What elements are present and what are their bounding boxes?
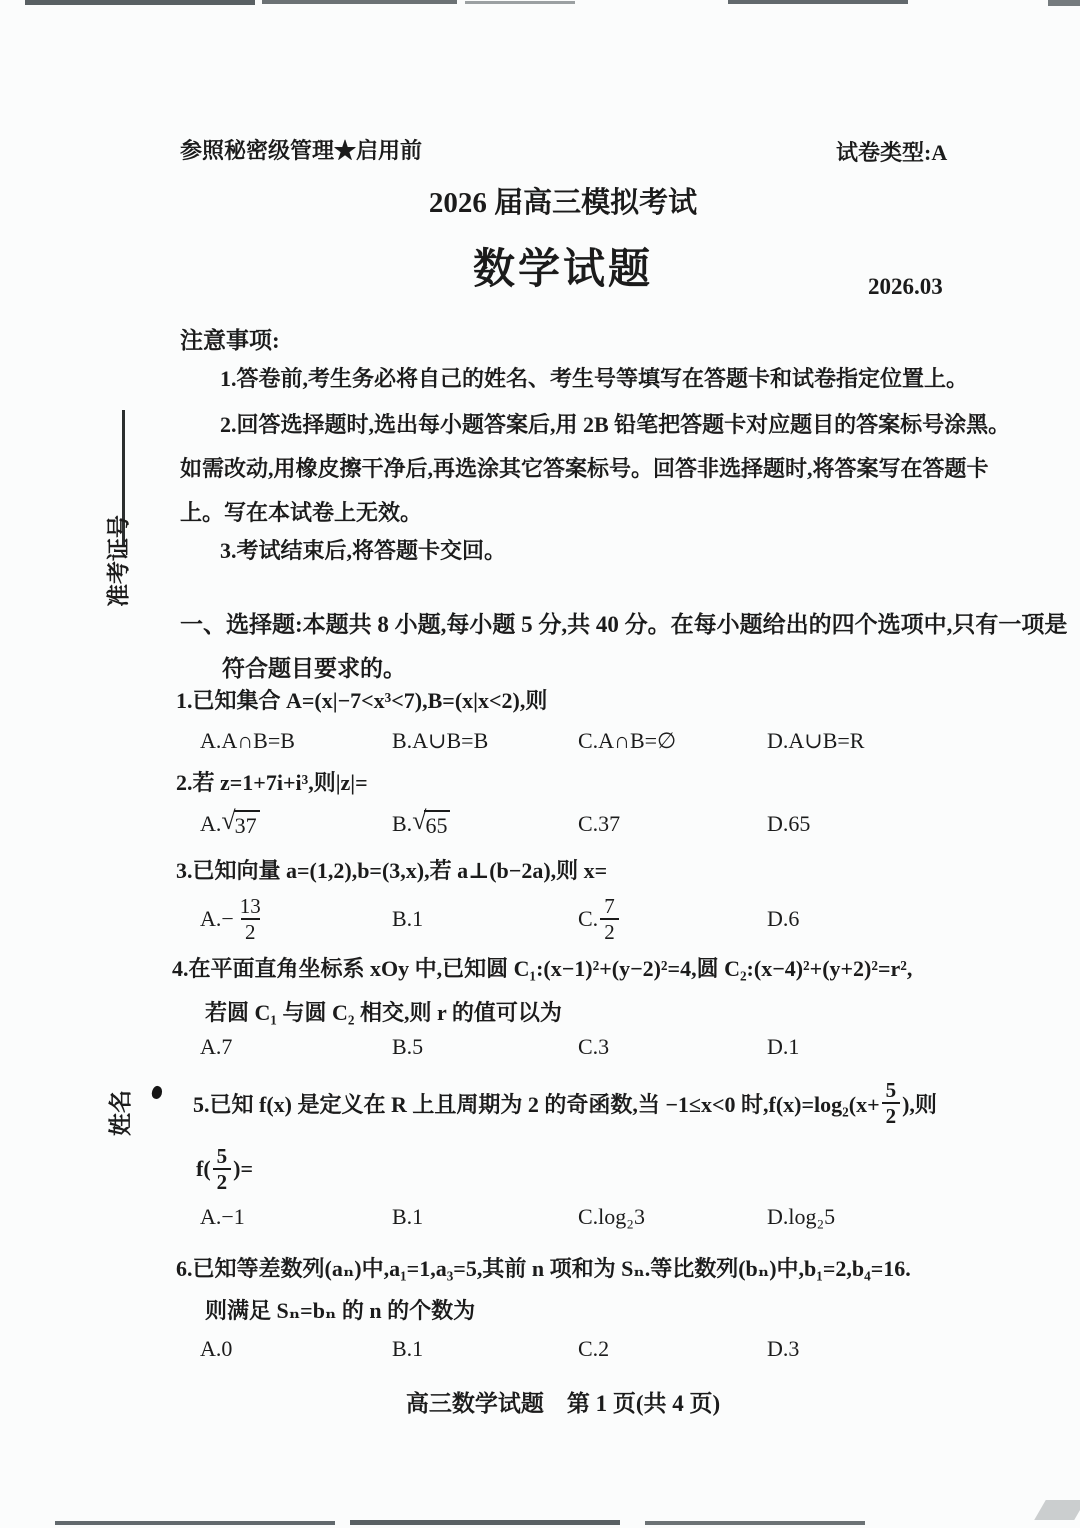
scan-artifact-dot: [150, 1085, 164, 1100]
section-1-heading-line-1: 一、选择题:本题共 8 小题,每小题 5 分,共 40 分。在每小题给出的四个选…: [180, 606, 1067, 639]
radical-sign-icon: √: [412, 808, 426, 834]
name-field-label: 姓名: [105, 1083, 131, 1143]
question-1-option-d: D.A∪B=R: [767, 728, 864, 754]
question-6-option-b: B.1: [392, 1336, 578, 1362]
paper-type-label: 试卷类型:A: [836, 136, 947, 167]
sqrt-radical: √ 37: [221, 810, 259, 837]
question-1-option-a: A.A∩B=B: [200, 728, 392, 754]
question-1-options: A.A∩B=B B.A∪B=B C.A∩B=∅ D.A∪B=R: [200, 728, 980, 754]
sqrt-radical: √ 65: [412, 810, 450, 837]
classification-banner: 参照秘密级管理★启用前: [180, 134, 422, 165]
option-b-label: B.: [392, 811, 412, 837]
question-5-option-d: D.log₂5: [767, 1204, 835, 1230]
question-4-options: A.7 B.5 C.3 D.1: [200, 1034, 980, 1060]
fraction-denominator: 2: [213, 1168, 232, 1193]
question-3-option-d: D.6: [767, 906, 799, 932]
question-2-option-d: D.65: [767, 811, 810, 837]
scan-artifact-bottom-3: [645, 1521, 865, 1525]
question-4-stem-line-1: 4.在平面直角坐标系 xOy 中,已知圆 C₁:(x−1)²+(y−2)²=4,…: [172, 952, 912, 983]
question-5-option-a: A.−1: [200, 1204, 392, 1230]
question-3-option-c: C. 7 2: [578, 895, 767, 943]
option-c-label: C.: [578, 906, 598, 932]
scan-artifact-top-2: [262, 0, 457, 4]
radicand: 65: [424, 810, 450, 837]
question-6-stem-line-1: 6.已知等差数列(aₙ)中,a₁=1,a₃=5,其前 n 项和为 Sₙ.等比数列…: [176, 1252, 911, 1283]
scan-artifact-top-5: [1048, 0, 1080, 6]
question-5-stem-post: ),则: [902, 1088, 937, 1119]
scan-artifact-bottom-2: [350, 1520, 620, 1525]
expression-pre: f(: [196, 1156, 211, 1182]
fraction: 5 2: [882, 1079, 901, 1127]
question-5-option-c: C.log₂3: [578, 1204, 767, 1230]
fraction-numerator: 7: [600, 895, 619, 918]
question-6-option-d: D.3: [767, 1336, 799, 1362]
section-1-heading-line-2: 符合题目要求的。: [222, 650, 406, 683]
option-a-label: A.−: [200, 906, 234, 932]
question-2-stem: 2.若 z=1+7i+i³,则|z|=: [176, 766, 368, 797]
fraction-numerator: 5: [882, 1079, 901, 1102]
scan-artifact-top-4: [728, 0, 908, 4]
radicand: 37: [234, 810, 260, 837]
question-6-option-c: C.2: [578, 1336, 767, 1362]
question-4-option-c: C.3: [578, 1034, 767, 1060]
question-4-option-a: A.7: [200, 1034, 392, 1060]
option-a-label: A.: [200, 811, 221, 837]
question-4-option-d: D.1: [767, 1034, 799, 1060]
radical-sign-icon: √: [221, 808, 235, 834]
fraction-numerator: 13: [236, 895, 265, 918]
question-1-option-c: C.A∩B=∅: [578, 728, 767, 754]
scan-artifact-bottom-4: [1034, 1500, 1080, 1520]
question-6-option-a: A.0: [200, 1336, 392, 1362]
subject-title: 数学试题: [180, 236, 946, 296]
notice-heading: 注意事项:: [180, 322, 280, 355]
fraction: 13 2: [236, 895, 265, 943]
question-2-options: A. √ 37 B. √ 65 C.37 D.65: [200, 802, 980, 846]
question-3-options: A.− 13 2 B.1 C. 7 2 D.6: [200, 888, 980, 950]
scan-artifact-bottom-1: [55, 1521, 335, 1525]
question-1-option-b: B.A∪B=B: [392, 728, 578, 754]
question-5-stem: 5.已知 f(x) 是定义在 R 上且周期为 2 的奇函数,当 −1≤x<0 时…: [193, 1076, 937, 1130]
question-1-stem: 1.已知集合 A=(x|−7<x³<7),B=(x|x<2),则: [176, 684, 547, 715]
exam-number-field-label: 准考证号: [103, 503, 129, 619]
exam-paper-page: 参照秘密级管理★启用前 试卷类型:A 2026 届高三模拟考试 数学试题 202…: [0, 0, 1080, 1528]
page-footer: 高三数学试题 第 1 页(共 4 页): [180, 1385, 946, 1418]
fraction-numerator: 5: [213, 1145, 232, 1168]
notice-line-2a: 2.回答选择题时,选出每小题答案后,用 2B 铅笔把答题卡对应题目的答案标号涂黑…: [220, 408, 1010, 439]
question-2-option-c: C.37: [578, 811, 767, 837]
fraction-denominator: 2: [241, 918, 260, 943]
exam-date: 2026.03: [868, 274, 943, 300]
notice-line-3: 3.考试结束后,将答题卡交回。: [220, 534, 506, 565]
fraction: 5 2: [213, 1145, 232, 1193]
expression-post: )=: [233, 1156, 253, 1182]
notice-line-2c: 上。写在本试卷上无效。: [180, 496, 422, 527]
fraction-denominator: 2: [600, 918, 619, 943]
question-4-stem-line-2: 若圆 C₁ 与圆 C₂ 相交,则 r 的值可以为: [205, 996, 562, 1027]
question-6-options: A.0 B.1 C.2 D.3: [200, 1336, 980, 1362]
question-3-stem: 3.已知向量 a=(1,2),b=(3,x),若 a⊥(b−2a),则 x=: [176, 854, 607, 885]
question-5-stem-pre: 5.已知 f(x) 是定义在 R 上且周期为 2 的奇函数,当 −1≤x<0 时…: [193, 1088, 880, 1119]
exam-session-title: 2026 届高三模拟考试: [180, 180, 946, 221]
fraction-denominator: 2: [882, 1102, 901, 1127]
scan-artifact-top-1: [25, 0, 255, 5]
question-5-options: A.−1 B.1 C.log₂3 D.log₂5: [200, 1204, 980, 1230]
question-3-option-a: A.− 13 2: [200, 895, 392, 943]
question-3-option-b: B.1: [392, 906, 578, 932]
question-5-option-b: B.1: [392, 1204, 578, 1230]
question-5-expression: f( 5 2 )=: [196, 1140, 253, 1198]
notice-line-2b: 如需改动,用橡皮擦干净后,再选涂其它答案标号。回答非选择题时,将答案写在答题卡: [180, 452, 989, 483]
question-2-option-b: B. √ 65: [392, 810, 578, 837]
question-4-option-b: B.5: [392, 1034, 578, 1060]
question-2-option-a: A. √ 37: [200, 810, 392, 837]
fraction: 7 2: [600, 895, 619, 943]
question-6-stem-line-2: 则满足 Sₙ=bₙ 的 n 的个数为: [205, 1294, 475, 1325]
scan-artifact-top-3: [465, 1, 575, 4]
notice-line-1: 1.答卷前,考生务必将自己的姓名、考生号等填写在答题卡和试卷指定位置上。: [220, 362, 968, 393]
